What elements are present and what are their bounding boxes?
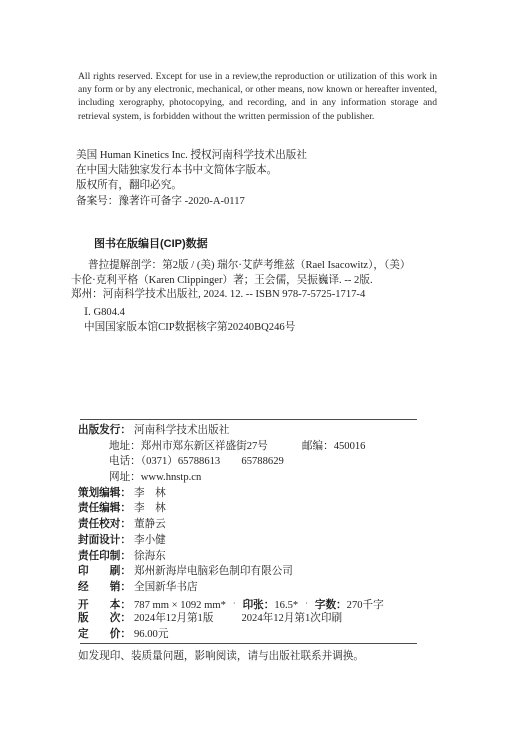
- colophon-row-cover-designer: 封面设计：李小健: [78, 533, 453, 549]
- cip-line: 普拉提解剖学：第2版 / (美) 瑞尔·艾萨考维兹（Rael Isacowitz…: [71, 259, 447, 274]
- divider-bottom: [80, 643, 417, 644]
- colophon-row-address: 地址：郑州市郑东新区祥盛街27号邮编：450016: [78, 439, 453, 455]
- license-notice-line: 美国 Human Kinetics Inc. 授权河南科学技术出版社: [76, 148, 446, 163]
- colophon-row-website: 网址：www.hnstp.cn: [78, 470, 453, 486]
- license-notice-line: 在中国大陆独家发行本书中文简体字版本。: [76, 163, 446, 178]
- colophon-value: 787 mm × 1092 mm*: [134, 600, 226, 611]
- colophon-value: 郑州新海岸电脑彩色制印有限公司: [134, 566, 293, 577]
- cip-line: 卡伦·克利平格（Karen Clippinger）著；王会儒，吴振巍译. -- …: [71, 274, 447, 289]
- cip-class-number: Ⅰ. G804.4: [71, 306, 447, 321]
- colophon-label: 责任编辑：: [78, 501, 134, 517]
- book-copyright-page: All rights reserved. Except for use in a…: [0, 0, 513, 740]
- colophon-row-responsible-editor: 责任编辑：李 林: [78, 501, 453, 517]
- colophon-label: 印 刷：: [78, 564, 134, 580]
- colophon-value: （0371）65788613 65788629: [141, 456, 284, 467]
- colophon-value: 2024年12月第1版: [134, 613, 213, 624]
- record-number-line: 备案号：豫著许可备字 -2020-A-0117: [76, 194, 446, 209]
- colophon-value: 2024年12月第1次印刷: [241, 613, 342, 624]
- colophon-label: 邮编：: [302, 441, 334, 452]
- license-notice-line: 版权所有，翻印必究。: [76, 178, 446, 193]
- colophon-value: 李 林: [134, 488, 166, 499]
- colophon-label: 印张：: [243, 599, 275, 611]
- colophon-block: 出版发行：河南科学技术出版社 地址：郑州市郑东新区祥盛街27号邮编：450016…: [78, 423, 453, 643]
- cip-line: 郑州：河南科学技术出版社, 2024. 12. -- ISBN 978-7-57…: [71, 288, 447, 303]
- cip-data-block: 图书在版编目(CIP)数据 普拉提解剖学：第2版 / (美) 瑞尔·艾萨考维兹（…: [71, 237, 447, 336]
- colophon-label: 责任印制：: [78, 549, 134, 565]
- colophon-row-planning-editor: 策划编辑：李 林: [78, 486, 453, 502]
- colophon-row-format: 开 本：787 mm × 1092 mm*·印张：16.5*·字数：270千字: [78, 596, 453, 612]
- colophon-value: 河南科学技术出版社: [134, 425, 229, 436]
- colophon-value: 郑州市郑东新区祥盛街27号: [141, 441, 268, 452]
- colophon-label: 责任校对：: [78, 517, 134, 533]
- colophon-label: 字数：: [315, 599, 347, 611]
- colophon-value: 16.5*: [274, 600, 298, 611]
- colophon-value: 270千字: [347, 600, 384, 611]
- colophon-label: 地址：: [109, 441, 141, 452]
- colophon-row-print-supervisor: 责任印制：徐海东: [78, 549, 453, 565]
- colophon-value: 徐海东: [134, 551, 166, 562]
- colophon-label: 版 次：: [78, 611, 134, 627]
- colophon-label: 网址：: [109, 472, 141, 483]
- colophon-row-phone: 电话：（0371）65788613 65788629: [78, 454, 453, 470]
- colophon-row-edition: 版 次：2024年12月第1版2024年12月第1次印刷: [78, 611, 453, 627]
- quality-exchange-note: 如发现印、装质量问题，影响阅读，请与出版社联系并调换。: [78, 649, 448, 664]
- colophon-value: 董静云: [134, 519, 166, 530]
- colophon-value: 450016: [334, 441, 366, 452]
- colophon-row-price: 定 价：96.00元: [78, 627, 453, 643]
- colophon-value: 李小健: [134, 535, 166, 546]
- colophon-value: www.hnstp.cn: [141, 472, 202, 483]
- colophon-label: 经 销：: [78, 580, 134, 596]
- license-notice: 美国 Human Kinetics Inc. 授权河南科学技术出版社 在中国大陆…: [76, 148, 446, 209]
- colophon-row-printer: 印 刷：郑州新海岸电脑彩色制印有限公司: [78, 564, 453, 580]
- colophon-value: 全国新华书店: [134, 582, 198, 593]
- colophon-value: 李 林: [134, 503, 166, 514]
- colophon-label: 出版发行：: [78, 423, 134, 439]
- colophon-row-distributor: 经 销：全国新华书店: [78, 580, 453, 596]
- colophon-label: 策划编辑：: [78, 486, 134, 502]
- colophon-row-proofreader: 责任校对：董静云: [78, 517, 453, 533]
- colophon-value: 96.00元: [134, 629, 168, 640]
- separator-dot: ·: [305, 599, 308, 608]
- separator-dot: ·: [233, 599, 236, 608]
- cip-registry-number: 中国国家版本馆CIP数据核字第20240BQ246号: [71, 321, 447, 336]
- colophon-label: 定 价：: [78, 627, 134, 643]
- colophon-row-publisher: 出版发行：河南科学技术出版社: [78, 423, 453, 439]
- colophon-label: 电话：: [109, 456, 141, 467]
- rights-reserved-notice: All rights reserved. Except for use in a…: [78, 70, 437, 123]
- colophon-label: 封面设计：: [78, 533, 134, 549]
- divider-top: [80, 419, 417, 420]
- cip-heading: 图书在版编目(CIP)数据: [71, 237, 447, 252]
